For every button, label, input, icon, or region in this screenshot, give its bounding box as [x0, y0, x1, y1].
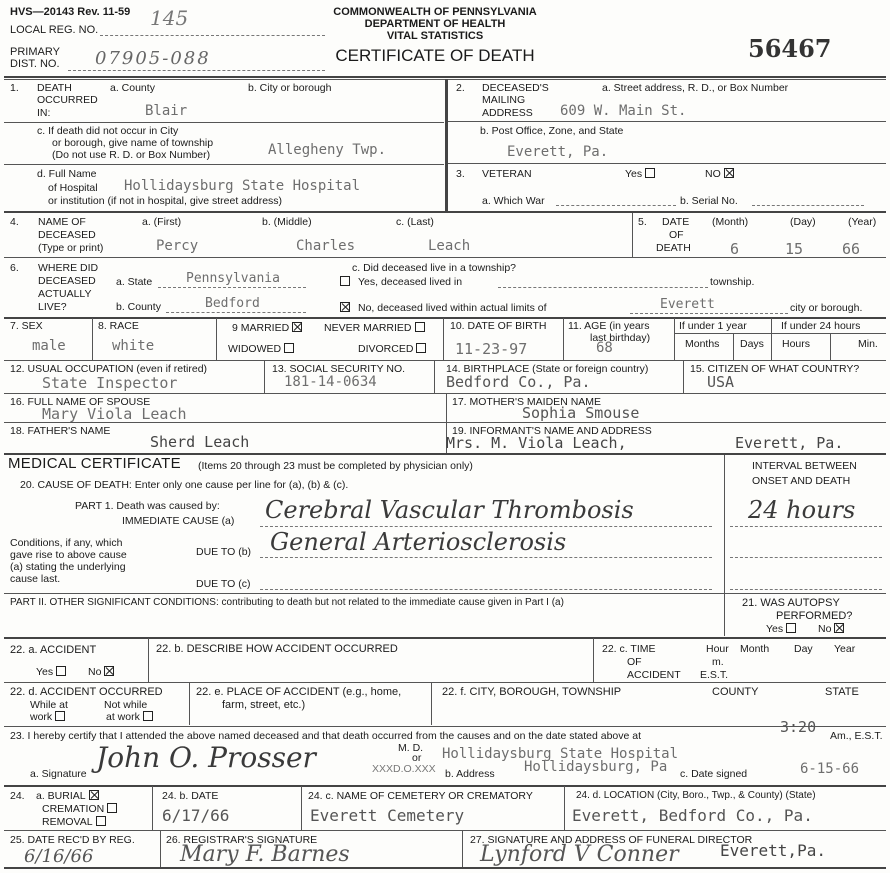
residence-state-line	[158, 287, 306, 288]
item6-label-2: DECEASED	[38, 275, 96, 287]
death-month-label: (Month)	[712, 216, 748, 228]
widowed-label: WIDOWED	[228, 343, 281, 355]
cemetery-value: Everett Cemetery	[310, 806, 464, 825]
autopsy-yes-checkbox[interactable]	[786, 623, 796, 633]
middle-name-value: Charles	[296, 238, 355, 254]
autopsy-no[interactable]: No	[818, 623, 844, 635]
date-received-value: 6/16/66	[24, 846, 93, 867]
primary-dist-label-2: DIST. NO.	[10, 58, 60, 70]
months-label: Months	[685, 338, 719, 350]
veteran-label: VETERAN	[482, 168, 532, 180]
mother-value: Sophia Smouse	[522, 404, 639, 422]
item5-number: 5.	[638, 216, 647, 228]
place-of-accident-label: 22. e. PLACE OF ACCIDENT (e.g., home,	[196, 686, 401, 698]
autopsy-yes-label: Yes	[766, 623, 783, 635]
ssn-value: 181-14-0634	[284, 374, 377, 390]
item4-label-2: DECEASED	[38, 229, 96, 241]
accident-m-label: m.	[712, 656, 724, 668]
accident-time-label: 22. c. TIME	[602, 643, 656, 655]
burial-location-value: Everett, Bedford Co., Pa.	[572, 806, 813, 825]
interval-label: INTERVAL BETWEEN	[752, 460, 857, 472]
hospital-label: d. Full Name	[37, 168, 97, 180]
accident-description-label: 22. b. DESCRIBE HOW ACCIDENT OCCURRED	[156, 643, 398, 655]
birthplace-value: Bedford Co., Pa.	[446, 373, 591, 391]
residence-county-value: Bedford	[205, 296, 260, 311]
accident-no-checkbox[interactable]	[104, 666, 114, 676]
autopsy-label: 21. WAS AUTOPSY	[742, 597, 840, 609]
removal-label: REMOVAL	[42, 816, 93, 828]
never-married-checkbox[interactable]	[415, 322, 425, 332]
race-label: 8. RACE	[98, 320, 139, 332]
date-signed-value: 6-15-66	[800, 761, 859, 777]
first-name-value: Percy	[156, 238, 198, 254]
due-to-b-line	[260, 557, 712, 558]
veteran-no[interactable]: NO	[705, 168, 734, 180]
accident-yes-checkbox[interactable]	[56, 666, 66, 676]
father-value: Sherd Leach	[150, 433, 249, 451]
item1-number: 1.	[10, 82, 19, 94]
married-label: 9 MARRIED	[232, 322, 289, 334]
not-while-at-work[interactable]: at work	[106, 711, 153, 723]
city-limits-value: Everett	[660, 297, 715, 312]
item6-label-4: LIVE?	[38, 301, 67, 313]
autopsy-label-2: PERFORMED?	[776, 610, 852, 622]
interval-a-line	[730, 526, 882, 527]
date-signed-label: c. Date signed	[680, 768, 747, 780]
interval-label-2: ONSET AND DEATH	[752, 475, 850, 487]
death-day-label: (Day)	[790, 216, 816, 228]
interval-c-line	[730, 589, 882, 590]
township-label: c. If death did not occur in City	[37, 125, 178, 137]
funeral-director-address: Everett,Pa.	[720, 841, 826, 860]
item24-number: 24.	[10, 790, 25, 802]
item4-label: NAME OF	[38, 216, 86, 228]
date-of-death-label-2: OF	[669, 229, 684, 241]
accident-no[interactable]: No	[88, 666, 114, 678]
death-year-label: (Year)	[848, 216, 876, 228]
residence-county-line	[166, 312, 306, 313]
veteran-yes-label: Yes	[625, 168, 642, 180]
cause-of-death-label: 20. CAUSE OF DEATH: Enter only one cause…	[20, 479, 348, 491]
accident-year-label: Year	[834, 643, 855, 655]
cremation-label: CREMATION	[42, 803, 104, 815]
township-no[interactable]: No, deceased lived within actual limits …	[340, 302, 547, 314]
township-no-text: No, deceased lived within actual limits …	[358, 302, 547, 314]
physician-address-value: Hollidaysburg, Pa	[524, 759, 667, 775]
married-option[interactable]: 9 MARRIED	[232, 322, 302, 334]
death-day-value: 15	[785, 240, 803, 258]
burial-date-value: 6/17/66	[162, 806, 229, 825]
which-war-label: a. Which War	[482, 195, 545, 207]
physician-signature: John O. Prosser	[96, 741, 316, 774]
accident-no-label: No	[88, 666, 101, 678]
conditions-label: Conditions, if any, which	[10, 537, 122, 549]
due-to-c-label: DUE TO (c)	[196, 578, 250, 590]
not-while-at-work-checkbox[interactable]	[143, 711, 153, 721]
registrar-signature-value: Mary F. Barnes	[180, 842, 350, 867]
accident-county-label: COUNTY	[712, 686, 758, 698]
primary-dist-label: PRIMARY	[10, 46, 60, 58]
form-number: HVS—20143 Rev. 11-59	[10, 6, 130, 18]
sex-label: 7. SEX	[10, 320, 43, 332]
local-reg-line	[100, 35, 325, 36]
removal-checkbox[interactable]	[96, 816, 106, 826]
primary-dist-value: 07905-088	[95, 48, 211, 69]
days-label: Days	[740, 338, 764, 350]
accident-est-label: E.S.T.	[700, 669, 728, 681]
burial-location-label: 24. d. LOCATION (City, Boro., Twp., & Co…	[576, 790, 816, 802]
first-name-label: a. (First)	[142, 216, 181, 228]
accident-day-label: Day	[794, 643, 813, 655]
residence-county-label: b. County	[116, 301, 161, 313]
veteran-yes[interactable]: Yes	[625, 168, 655, 180]
post-office-label: b. Post Office, Zone, and State	[480, 125, 623, 137]
under-year-label: If under 1 year	[679, 320, 747, 332]
item2-label: DECEASED'S	[482, 82, 549, 94]
accident-month-label: Month	[740, 643, 769, 655]
township-question: c. Did deceased live in a township?	[352, 262, 516, 274]
divorced-checkbox[interactable]	[416, 343, 426, 353]
death-year-value: 66	[842, 240, 860, 258]
cemetery-label: 24. c. NAME OF CEMETERY OR CREMATORY	[308, 790, 533, 802]
hours-label: Hours	[782, 338, 810, 350]
while-at-work-checkbox[interactable]	[55, 711, 65, 721]
item6-label: WHERE DID	[38, 262, 98, 274]
certificate-number: 56467	[748, 34, 832, 63]
while-at-work-text: work	[30, 711, 52, 723]
accident-time-label-3: ACCIDENT	[627, 669, 681, 681]
death-time-suffix: Am., E.S.T.	[830, 730, 883, 742]
not-while-at-work-text: at work	[106, 711, 140, 723]
serial-line	[752, 205, 864, 206]
item2-number: 2.	[456, 82, 465, 94]
immediate-cause-line	[260, 526, 712, 527]
veteran-yes-checkbox[interactable]	[645, 168, 655, 178]
burial-option[interactable]: a. BURIAL	[36, 790, 99, 802]
hospital-value: Hollidaysburg State Hospital	[124, 178, 360, 194]
burial-checkbox[interactable]	[89, 790, 99, 800]
cremation-checkbox[interactable]	[107, 803, 117, 813]
removal-option[interactable]: REMOVAL	[42, 816, 106, 828]
burial-date-label: 24. b. DATE	[162, 790, 218, 802]
father-label: 18. FATHER'S NAME	[10, 425, 110, 437]
informant-address-value: Everett, Pa.	[735, 434, 843, 452]
widowed-checkbox[interactable]	[284, 343, 294, 353]
commonwealth-heading: COMMONWEALTH OF PENNSYLVANIA	[310, 6, 560, 18]
accident-state-label: STATE	[825, 686, 859, 698]
medical-note: (Items 20 through 23 must be completed b…	[198, 460, 473, 472]
dob-label: 10. DATE OF BIRTH	[450, 320, 546, 332]
immediate-cause-value: Cerebral Vascular Thrombosis	[265, 496, 634, 524]
autopsy-no-checkbox[interactable]	[834, 623, 844, 633]
date-of-death-label: DATE	[662, 216, 689, 228]
cremation-option[interactable]: CREMATION	[42, 803, 117, 815]
dob-value: 11-23-97	[455, 340, 527, 358]
conditions-label-4: cause last.	[10, 573, 60, 585]
accident-yes-label: Yes	[36, 666, 53, 678]
date-received-label: 25. DATE REC'D BY REG.	[10, 834, 135, 846]
hospital-label-3: or institution (if not in hospital, give…	[48, 195, 282, 207]
funeral-director-signature: Lynford V Conner	[480, 842, 679, 867]
serial-label: b. Serial No.	[680, 195, 738, 207]
township-label-2: or borough, give name of township	[52, 137, 213, 149]
veteran-no-checkbox[interactable]	[724, 168, 734, 178]
item6-number: 6.	[10, 262, 19, 274]
place-of-accident-label-2: farm, street, etc.)	[222, 699, 305, 711]
autopsy-no-label: No	[818, 623, 831, 635]
township-yes-line	[498, 287, 708, 288]
due-to-b-label: DUE TO (b)	[196, 546, 251, 558]
veteran-no-label: NO	[705, 168, 721, 180]
accident-time-label-2: OF	[627, 656, 642, 668]
city-label: b. City or borough	[248, 82, 331, 94]
item1-label: DEATH	[37, 82, 72, 94]
race-value: white	[112, 338, 154, 354]
signature-label: a. Signature	[30, 768, 87, 780]
death-time-value: 3:20	[780, 718, 816, 736]
interval-a-value: 24 hours	[748, 496, 855, 524]
age-value: 68	[596, 340, 613, 356]
primary-dist-line	[68, 70, 325, 71]
city-limits-line	[630, 313, 788, 314]
township-value: Allegheny Twp.	[268, 142, 386, 158]
due-to-c-line	[260, 589, 712, 590]
conditions-label-2: gave rise to above cause	[10, 549, 127, 561]
hospital-label-2: of Hospital	[48, 182, 98, 194]
middle-name-label: b. (Middle)	[262, 216, 312, 228]
city-or-borough-suffix: city or borough.	[790, 302, 862, 314]
never-married-option[interactable]: NEVER MARRIED	[324, 322, 425, 334]
item2-label-2: MAILING	[482, 94, 525, 106]
accident-city-label: 22. f. CITY, BOROUGH, TOWNSHIP	[442, 686, 621, 698]
never-married-label: NEVER MARRIED	[324, 322, 412, 334]
local-reg-label: LOCAL REG. NO.	[10, 24, 98, 36]
residence-state-value: Pennsylvania	[186, 271, 280, 286]
autopsy-yes[interactable]: Yes	[766, 623, 796, 635]
age-label: 11. AGE (in years	[568, 320, 650, 332]
post-office-value: Everett, Pa.	[507, 144, 608, 160]
item1-label-2: OCCURRED	[37, 94, 98, 106]
last-name-label: c. (Last)	[396, 216, 434, 228]
address-label: b. Address	[445, 768, 495, 780]
while-at-work-label: While at	[30, 699, 68, 711]
township-yes-text: Yes, deceased lived in	[358, 276, 462, 288]
medical-certificate-title: MEDICAL CERTIFICATE	[8, 455, 181, 472]
citizen-value: USA	[707, 373, 734, 391]
certificate-title: CERTIFICATE OF DEATH	[310, 46, 560, 66]
township-label-3: (Do not use R. D. or Box Number)	[52, 149, 210, 161]
accident-label: 22. a. ACCIDENT	[10, 644, 96, 656]
last-name-value: Leach	[428, 238, 470, 254]
item3-number: 3.	[456, 168, 465, 180]
death-certificate: HVS—20143 Rev. 11-59 LOCAL REG. NO. 145 …	[0, 0, 890, 873]
item6-label-3: ACTUALLY	[38, 288, 92, 300]
under-day-label: If under 24 hours	[781, 320, 860, 332]
date-of-death-label-3: DEATH	[656, 242, 691, 254]
married-checkbox[interactable]	[292, 322, 302, 332]
not-while-at-work-label: Not while	[104, 699, 147, 711]
item2-label-3: ADDRESS	[482, 107, 533, 119]
sex-value: male	[32, 338, 66, 354]
county-label: a. County	[110, 82, 155, 94]
min-label: Min.	[858, 338, 878, 350]
conditions-label-3: (a) stating the underlying	[10, 561, 126, 573]
informant-name-value: Mrs. M. Viola Leach,	[446, 434, 627, 452]
accident-hour-label: Hour	[706, 643, 729, 655]
immediate-cause-label: IMMEDIATE CAUSE (a)	[122, 515, 234, 527]
township-no-checkbox[interactable]	[340, 302, 350, 312]
spouse-value: Mary Viola Leach	[42, 405, 187, 423]
burial-label: a. BURIAL	[36, 790, 86, 802]
item1-label-3: IN:	[37, 107, 50, 119]
township-yes[interactable]: Yes, deceased lived in	[340, 276, 462, 288]
which-war-line	[556, 205, 676, 206]
residence-state-label: a. State	[116, 276, 152, 288]
vital-heading: VITAL STATISTICS	[310, 30, 560, 42]
item4-number: 4.	[10, 216, 19, 228]
township-yes-checkbox[interactable]	[340, 276, 350, 286]
accident-occurred-label: 22. d. ACCIDENT OCCURRED	[10, 686, 163, 698]
local-reg-value: 145	[150, 6, 188, 30]
divorced-option[interactable]: DIVORCED	[358, 343, 426, 355]
interval-b-line	[730, 557, 882, 558]
death-month-value: 6	[730, 240, 739, 258]
county-value: Blair	[145, 103, 187, 119]
widowed-option[interactable]: WIDOWED	[228, 343, 294, 355]
street-value: 609 W. Main St.	[560, 103, 686, 119]
street-label: a. Street address, R. D., or Box Number	[602, 82, 788, 94]
accident-yes[interactable]: Yes	[36, 666, 66, 678]
occupation-value: State Inspector	[42, 374, 177, 392]
department-heading: DEPARTMENT OF HEALTH	[310, 18, 560, 30]
due-to-b-value: General Arteriosclerosis	[270, 528, 566, 556]
part1-label: PART 1. Death was caused by:	[75, 500, 220, 512]
divorced-label: DIVORCED	[358, 343, 413, 355]
township-suffix: township.	[710, 276, 754, 288]
part2-label: PART II. OTHER SIGNIFICANT CONDITIONS: c…	[10, 597, 564, 609]
do-label: XXXD.O.XXX	[372, 763, 436, 775]
item4-label-3: (Type or print)	[38, 242, 103, 254]
while-at-work[interactable]: work	[30, 711, 65, 723]
